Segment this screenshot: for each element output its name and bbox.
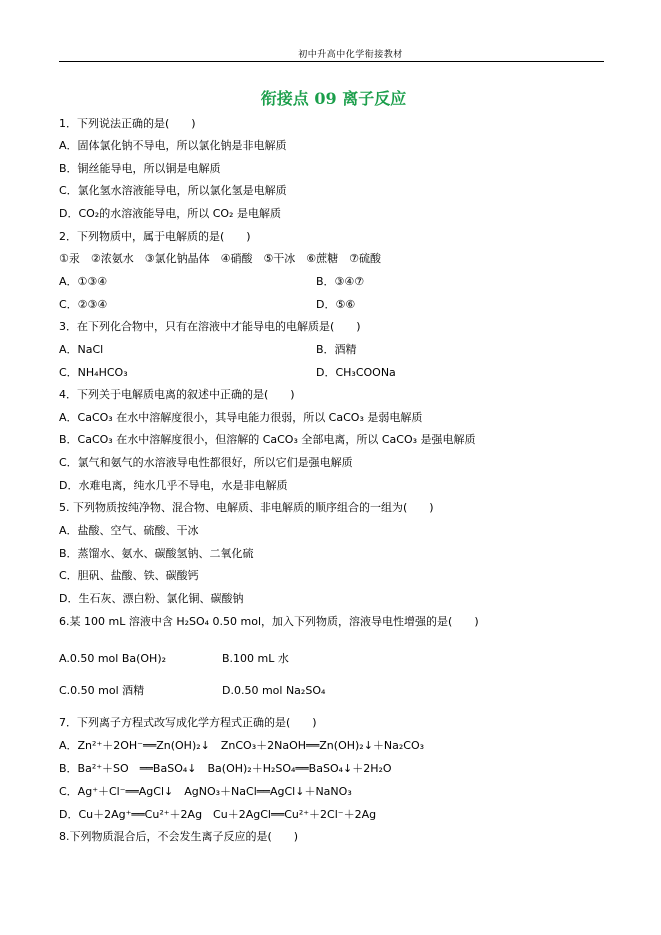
header-text: 初中升高中化学衔接教材 — [0, 47, 661, 60]
question-stem: 1．下列说法正确的是( ) — [59, 117, 196, 131]
option-d: D．水难电离，纯水几乎不导电，水是非电解质 — [59, 479, 287, 493]
option-a: A．Zn²⁺＋2OH⁻══Zn(OH)₂↓ ZnCO₃＋2NaOH══Zn(OH… — [59, 739, 424, 753]
option-c: C．NH₄HCO₃ — [59, 366, 128, 380]
question-stem: 2．下列物质中，属于电解质的是( ) — [59, 230, 251, 244]
question-stem: 3．在下列化合物中，只有在溶液中才能导电的电解质是( ) — [59, 320, 361, 334]
option-d: D．Cu＋2Ag⁺══Cu²⁺＋2Ag Cu＋2AgCl══Cu²⁺＋2Cl⁻＋… — [59, 808, 376, 822]
question-stem: 8.下列物质混合后，不会发生离子反应的是( ) — [59, 830, 298, 844]
option-d: D．⑤⑥ — [316, 298, 355, 312]
option-c: C．胆矾、盐酸、铁、碳酸钙 — [59, 569, 199, 583]
option-a: A．固体氯化钠不导电，所以氯化钠是非电解质 — [59, 139, 287, 153]
option-b: B．Ba²⁺＋SO ══BaSO₄↓ Ba(OH)₂＋H₂SO₄══BaSO₄↓… — [59, 762, 392, 776]
option-c: C.0.50 mol 酒精 — [59, 684, 144, 698]
option-b: B．③④⑦ — [316, 275, 364, 289]
option-b: B．酒精 — [316, 343, 357, 357]
option-b: B．CaCO₃ 在水中溶解度很小，但溶解的 CaCO₃ 全部电离，所以 CaCO… — [59, 433, 476, 447]
question-stem: 4．下列关于电解质电离的叙述中正确的是( ) — [59, 388, 295, 402]
option-d: D.0.50 mol Na₂SO₄ — [222, 684, 325, 698]
option-a: A．CaCO₃ 在水中溶解度很小，其导电能力很弱，所以 CaCO₃ 是弱电解质 — [59, 411, 422, 425]
option-b: B．蒸馏水、氨水、碳酸氢钠、二氧化硫 — [59, 547, 254, 561]
option-b: B．铜丝能导电，所以铜是电解质 — [59, 162, 221, 176]
option-c: C．氯化氢水溶液能导电，所以氯化氢是电解质 — [59, 184, 287, 198]
page-title: 衔接点 09 离子反应 — [0, 86, 661, 109]
option-c: C．Ag⁺＋Cl⁻══AgCl↓ AgNO₃＋NaCl══AgCl↓＋NaNO₃ — [59, 785, 352, 799]
option-d: D．CH₃COONa — [316, 366, 396, 380]
question-items: ①汞 ②浓氨水 ③氯化钠晶体 ④硝酸 ⑤干冰 ⑥蔗糖 ⑦硫酸 — [59, 252, 381, 266]
question-stem: 5. 下列物质按纯净物、混合物、电解质、非电解质的顺序组合的一组为( ) — [59, 501, 434, 515]
option-a: A．盐酸、空气、硫酸、干冰 — [59, 524, 199, 538]
option-d: D．CO₂的水溶液能导电，所以 CO₂ 是电解质 — [59, 207, 281, 221]
question-stem: 6.某 100 mL 溶液中含 H₂SO₄ 0.50 mol，加入下列物质，溶液… — [59, 615, 479, 629]
option-a: A.0.50 mol Ba(OH)₂ — [59, 652, 166, 666]
option-a: A．NaCl — [59, 343, 103, 357]
question-stem: 7．下列离子方程式改写成化学方程式正确的是( ) — [59, 716, 317, 730]
option-b: B.100 mL 水 — [222, 652, 289, 666]
option-c: C．氯气和氨气的水溶液导电性都很好，所以它们是强电解质 — [59, 456, 353, 470]
option-d: D．生石灰、漂白粉、氯化铜、碳酸钠 — [59, 592, 243, 606]
option-a: A．①③④ — [59, 275, 107, 289]
header-divider — [59, 61, 604, 62]
option-c: C．②③④ — [59, 298, 107, 312]
